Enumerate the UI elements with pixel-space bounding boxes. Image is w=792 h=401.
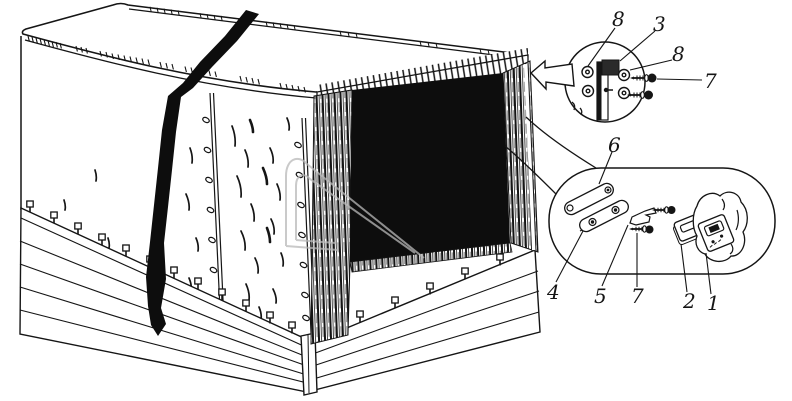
callout-label-8-top: 8 <box>612 7 625 31</box>
callout-label-2: 2 <box>682 289 696 313</box>
callout-label-6: 6 <box>608 133 621 157</box>
leader-line-7-circle <box>657 79 702 80</box>
callout-arrow <box>531 61 574 89</box>
callout-label-7-stadium: 7 <box>631 284 644 308</box>
part-1-buckle <box>693 192 747 261</box>
callout-label-7-circle: 7 <box>704 69 717 93</box>
figure-canvas: 8 3 8 7 <box>0 0 792 401</box>
hatched-post-left <box>311 90 352 344</box>
open-side-dark-interior <box>350 73 510 262</box>
detail-callout-circle: 8 3 8 7 <box>531 7 717 122</box>
callout-label-1: 1 <box>707 291 720 315</box>
callout-label-4: 4 <box>546 280 560 304</box>
truck-tarpaulin-body <box>20 4 540 396</box>
figure-page: 8 3 8 7 <box>0 0 792 401</box>
callout-label-8-right: 8 <box>672 42 685 66</box>
callout-label-5: 5 <box>594 284 607 308</box>
leader-line-3 <box>620 31 655 61</box>
detail-callout-stadium: 6 4 5 7 2 1 <box>505 117 775 315</box>
callout-label-3: 3 <box>653 12 666 36</box>
